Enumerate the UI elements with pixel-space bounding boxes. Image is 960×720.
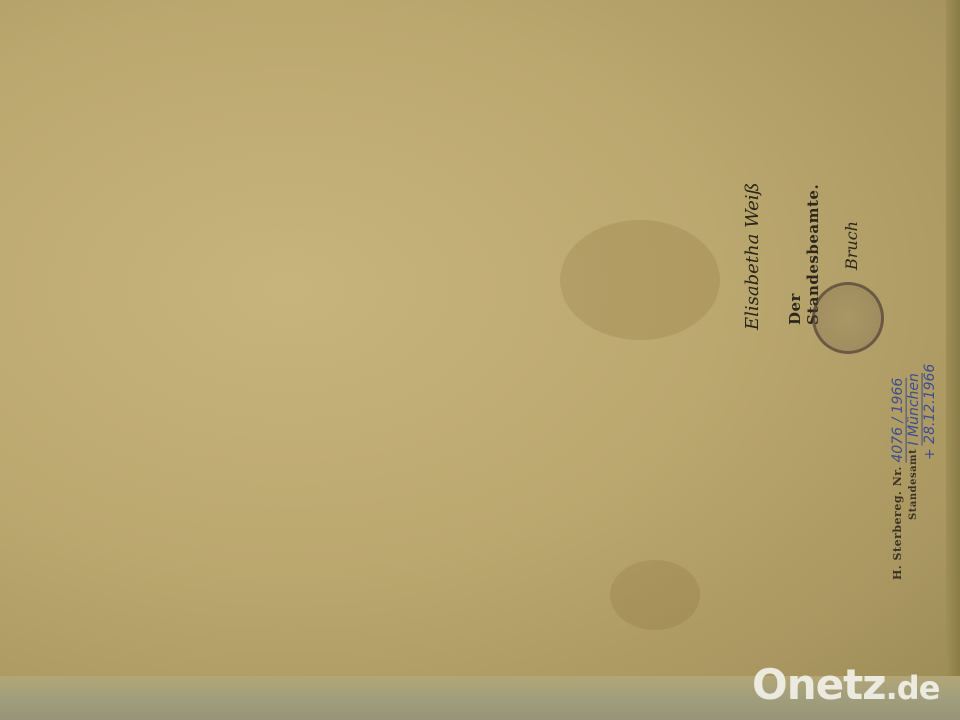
watermark-tld: .de (886, 669, 940, 707)
death-date: + 28.12.1966 (922, 340, 938, 460)
watermark-brand: Onetz (752, 660, 886, 709)
official-seal-stamp (812, 282, 884, 354)
onetz-watermark: Onetz.de (752, 660, 939, 709)
death-register-number: 4076 / 1966 (890, 378, 906, 463)
official-signature: Bruch (842, 200, 861, 270)
registry-label: Standesamt (908, 449, 919, 520)
informant-signature: Elisabetha Weiß (742, 100, 763, 330)
document-photo: A. Nr. 1 18 78 2ten Januar am Eschenbach… (0, 0, 960, 720)
death-annotation: H. Sterbereg. Nr. 4076 / 1966 (890, 330, 906, 580)
registry-value: I München (906, 373, 922, 445)
death-register-label: H. Sterbereg. Nr. (891, 466, 904, 580)
registry-annotation: Standesamt I München (906, 340, 922, 520)
